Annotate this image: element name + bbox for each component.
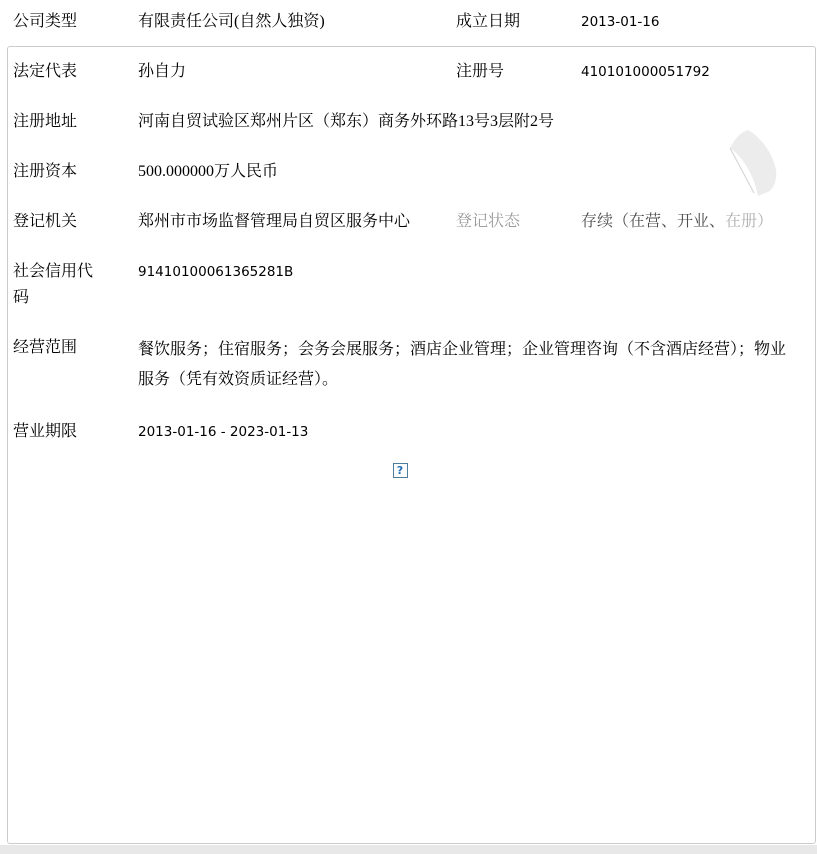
reg-number-label: 注册号 [456, 59, 541, 85]
reg-address-value: 河南自贸试验区郑州片区（郑东）商务外环路13号3层附2号 [138, 109, 787, 135]
page-bottom-divider [0, 845, 817, 854]
row-legal-rep: 法定代表 孙自力 注册号 410101000051792 [13, 47, 787, 97]
legal-rep-label: 法定代表 [13, 59, 98, 85]
credit-code-label: 社会信用代码 [13, 259, 98, 311]
registry-authority-label: 登记机关 [13, 209, 98, 235]
row-business-term: 营业期限 2013-01-16 - 2023-01-13 [13, 407, 787, 457]
row-registry-authority: 登记机关 郑州市市场监督管理局自贸区服务中心 登记状态 存续（在营、开业、在册） [13, 197, 787, 247]
legal-rep-value: 孙自力 [138, 59, 456, 85]
company-type-label: 公司类型 [13, 9, 98, 35]
business-term-value: 2013-01-16 - 2023-01-13 [138, 419, 787, 445]
row-credit-code: 社会信用代码 91410100061365281B [13, 247, 787, 323]
business-scope-value: 餐饮服务；住宿服务；会务会展服务；酒店企业管理；企业管理咨询（不含酒店经营）；物… [138, 335, 787, 395]
registry-status-main-text: 存续（在营、开业、 [581, 213, 725, 230]
company-detail-card: 法定代表 孙自力 注册号 410101000051792 注册地址 河南自贸试验… [7, 46, 816, 844]
credit-code-value: 91410100061365281B [138, 259, 787, 285]
business-scope-label: 经营范围 [13, 335, 98, 361]
row-company-type: 公司类型 有限责任公司(自然人独资) 成立日期 2013-01-16 [0, 0, 817, 39]
reg-capital-value: 500.000000万人民币 [138, 159, 787, 185]
broken-image-icon: ? [393, 463, 408, 478]
registry-status-light-text: 在册） [725, 213, 773, 230]
registry-status-value: 存续（在营、开业、在册） [581, 209, 787, 235]
row-reg-capital: 注册资本 500.000000万人民币 [13, 147, 787, 197]
business-term-label: 营业期限 [13, 419, 98, 445]
registry-authority-value: 郑州市市场监督管理局自贸区服务中心 [138, 209, 456, 235]
row-reg-address: 注册地址 河南自贸试验区郑州片区（郑东）商务外环路13号3层附2号 [13, 97, 787, 147]
reg-capital-label: 注册资本 [13, 159, 98, 185]
company-type-value: 有限责任公司(自然人独资) [138, 9, 456, 35]
reg-number-value: 410101000051792 [581, 59, 787, 85]
reg-address-label: 注册地址 [13, 109, 98, 135]
establish-date-label: 成立日期 [456, 9, 541, 35]
company-profile-page: 公司类型 有限责任公司(自然人独资) 成立日期 2013-01-16 法定代表 … [0, 0, 817, 39]
registry-status-label: 登记状态 [456, 209, 541, 235]
establish-date-value: 2013-01-16 [581, 9, 817, 35]
row-business-scope: 经营范围 餐饮服务；住宿服务；会务会展服务；酒店企业管理；企业管理咨询（不含酒店… [13, 323, 787, 407]
